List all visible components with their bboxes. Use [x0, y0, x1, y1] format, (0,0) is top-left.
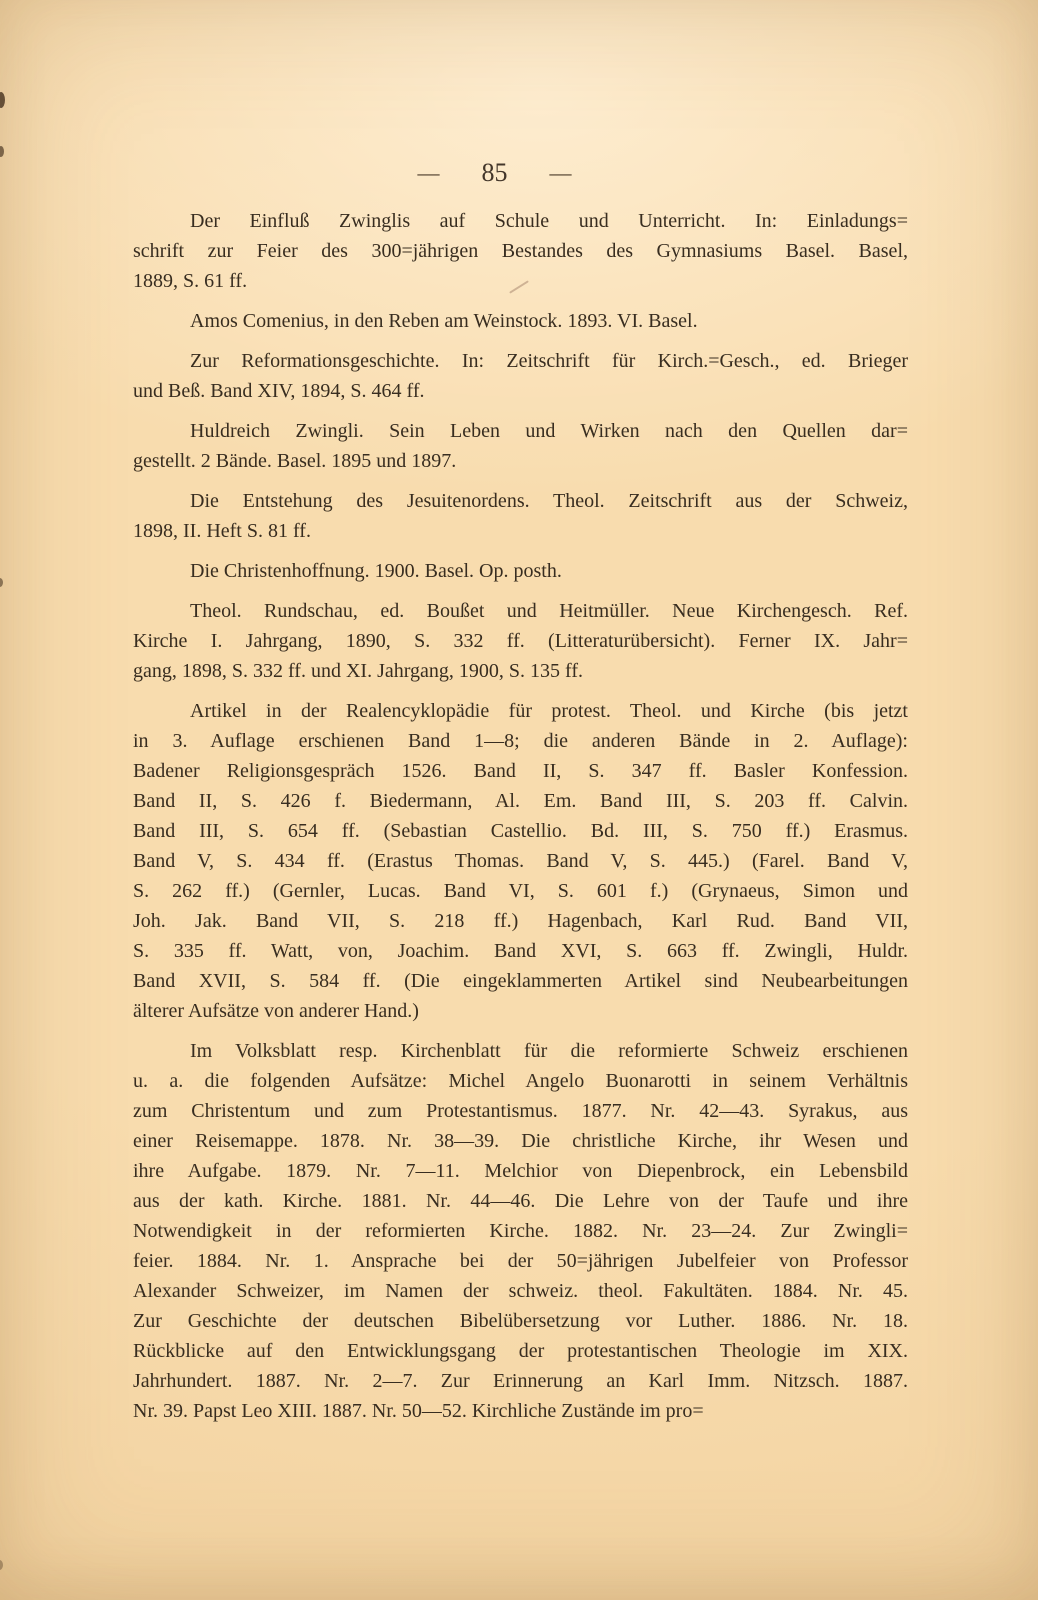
text-line: aus der kath. Kirche. 1881. Nr. 44—46. D… [133, 1186, 908, 1216]
paper-speck [0, 578, 3, 587]
text-line: Zur Reformationsgeschichte. In: Zeitschr… [133, 346, 908, 376]
header-dash-right: — [550, 160, 572, 186]
paper-speck [0, 1560, 3, 1570]
text-line: in 3. Auflage erschienen Band 1—8; die a… [133, 726, 908, 756]
page-header: — 85 — [107, 158, 882, 188]
paragraph: Die Entstehung des Jesuitenordens. Theol… [133, 486, 908, 546]
scanned-book-page: { "colors": { "paper": "#f7dbac", "ink":… [0, 0, 1038, 1600]
text-line: ihre Aufgabe. 1879. Nr. 7—11. Melchior v… [133, 1156, 908, 1186]
text-line: Band V, S. 434 ff. (Erastus Thomas. Band… [133, 846, 908, 876]
paragraph: Amos Comenius, in den Reben am Weinstock… [133, 306, 908, 336]
text-line: und Beß. Band XIV, 1894, S. 464 ff. [133, 376, 908, 406]
text-line: Kirche I. Jahrgang, 1890, S. 332 ff. (Li… [133, 626, 908, 656]
text-line: Huldreich Zwingli. Sein Leben und Wirken… [133, 416, 908, 446]
header-dash-left: — [418, 160, 440, 186]
text-line: Band III, S. 654 ff. (Sebastian Castelli… [133, 816, 908, 846]
paragraph: Der Einfluß Zwinglis auf Schule und Unte… [133, 206, 908, 296]
paragraph: Die Christenhoffnung. 1900. Basel. Op. p… [133, 556, 908, 586]
paragraph: Zur Reformationsgeschichte. In: Zeitschr… [133, 346, 908, 406]
text-line: Jahrhundert. 1887. Nr. 2—7. Zur Erinneru… [133, 1366, 908, 1396]
text-line: Badener Religionsgespräch 1526. Band II,… [133, 756, 908, 786]
text-line: Nr. 39. Papst Leo XIII. 1887. Nr. 50—52.… [133, 1396, 908, 1426]
text-line: Alexander Schweizer, im Namen der schwei… [133, 1276, 908, 1306]
text-line: gang, 1898, S. 332 ff. und XI. Jahrgang,… [133, 656, 908, 686]
text-line: gestellt. 2 Bände. Basel. 1895 und 1897. [133, 446, 908, 476]
paragraph: Im Volksblatt resp. Kirchenblatt für die… [133, 1036, 908, 1426]
text-line: Artikel in der Realencyklopädie für prot… [133, 696, 908, 726]
text-line: einer Reisemappe. 1878. Nr. 38—39. Die c… [133, 1126, 908, 1156]
paragraph: Huldreich Zwingli. Sein Leben und Wirken… [133, 416, 908, 476]
text-line: Amos Comenius, in den Reben am Weinstock… [133, 306, 908, 336]
page-number: 85 [482, 158, 508, 188]
text-line: Die Entstehung des Jesuitenordens. Theol… [133, 486, 908, 516]
text-line: Zur Geschichte der deutschen Bibelüberse… [133, 1306, 908, 1336]
text-line: Theol. Rundschau, ed. Boußet und Heitmül… [133, 596, 908, 626]
text-line: S. 335 ff. Watt, von, Joachim. Band XVI,… [133, 936, 908, 966]
paragraph: Theol. Rundschau, ed. Boußet und Heitmül… [133, 596, 908, 686]
text-line: 1889, S. 61 ff. [133, 266, 908, 296]
paragraph: Artikel in der Realencyklopädie für prot… [133, 696, 908, 1026]
text-line: u. a. die folgenden Aufsätze: Michel Ang… [133, 1066, 908, 1096]
text-line: feier. 1884. Nr. 1. Ansprache bei der 50… [133, 1246, 908, 1276]
text-line: S. 262 ff.) (Gernler, Lucas. Band VI, S.… [133, 876, 908, 906]
text-line: Die Christenhoffnung. 1900. Basel. Op. p… [133, 556, 908, 586]
text-line: Joh. Jak. Band VII, S. 218 ff.) Hagenbac… [133, 906, 908, 936]
text-line: 1898, II. Heft S. 81 ff. [133, 516, 908, 546]
text-line: Der Einfluß Zwinglis auf Schule und Unte… [133, 206, 908, 236]
text-line: Band II, S. 426 f. Biedermann, Al. Em. B… [133, 786, 908, 816]
text-line: Rückblicke auf den Entwicklungsgang der … [133, 1336, 908, 1366]
page-text: Der Einfluß Zwinglis auf Schule und Unte… [133, 206, 908, 1426]
text-line: schrift zur Feier des 300=jährigen Besta… [133, 236, 908, 266]
text-line: Notwendigkeit in der reformierten Kirche… [133, 1216, 908, 1246]
paper-speck [0, 146, 4, 157]
text-line: Band XVII, S. 584 ff. (Die eingeklammert… [133, 966, 908, 996]
text-line: Im Volksblatt resp. Kirchenblatt für die… [133, 1036, 908, 1066]
paper-speck [0, 92, 5, 108]
text-line: älterer Aufsätze von anderer Hand.) [133, 996, 908, 1026]
text-line: zum Christentum und zum Protestantismus.… [133, 1096, 908, 1126]
